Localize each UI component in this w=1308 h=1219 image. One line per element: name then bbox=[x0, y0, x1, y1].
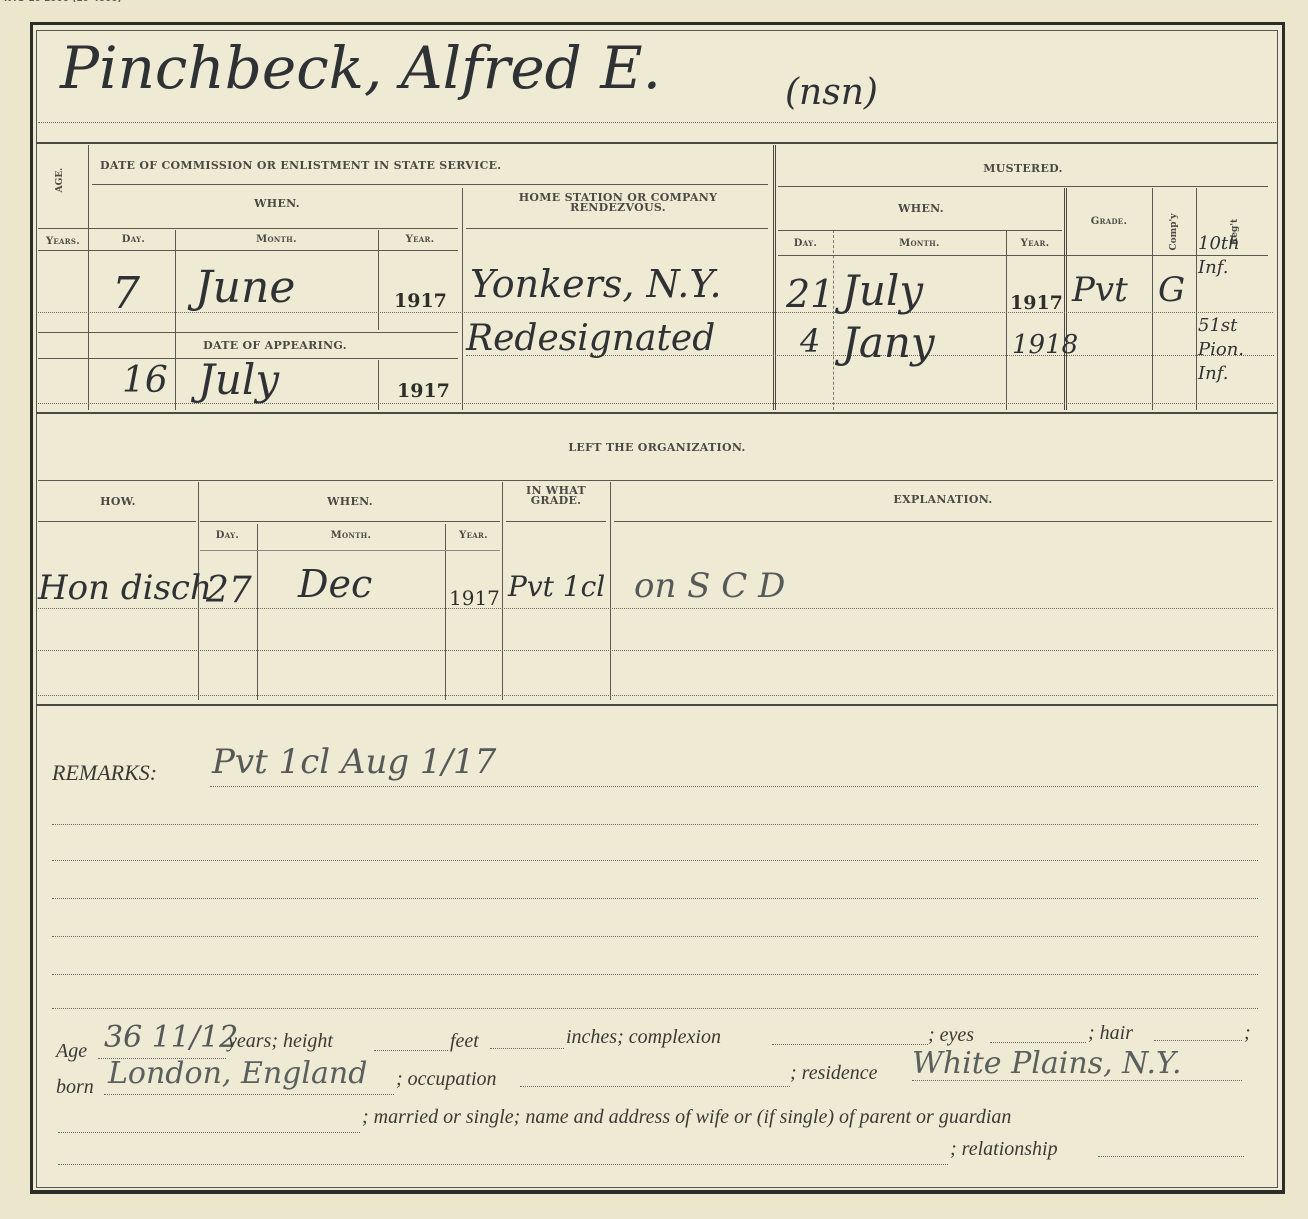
divider bbox=[92, 184, 768, 185]
divider bbox=[88, 145, 89, 410]
enlistment-day-label: Day. bbox=[92, 234, 175, 245]
divider bbox=[36, 704, 1278, 706]
divider bbox=[38, 695, 1273, 696]
appearing-year: 1917 bbox=[397, 380, 450, 402]
left-year: 1917 bbox=[449, 586, 500, 610]
company-label: Comp'y bbox=[1169, 202, 1179, 262]
left-day: 27 bbox=[206, 570, 252, 611]
divider bbox=[502, 482, 503, 700]
divider bbox=[378, 230, 379, 330]
left-year-label: Year. bbox=[445, 530, 502, 541]
field-line bbox=[104, 1094, 394, 1095]
left-month: Dec bbox=[298, 562, 372, 606]
muster-regiment-1: 10th Inf. bbox=[1198, 232, 1268, 280]
enlistment-day: 7 bbox=[112, 268, 140, 319]
eyes-line bbox=[990, 1042, 1086, 1043]
remarks-line bbox=[52, 974, 1258, 975]
eyes-label: ; eyes bbox=[928, 1024, 974, 1047]
age-label: AGE. bbox=[55, 160, 65, 200]
height-line bbox=[374, 1050, 448, 1051]
relationship-line bbox=[1098, 1156, 1244, 1157]
enlistment-month: June bbox=[195, 262, 295, 313]
divider bbox=[614, 521, 1272, 522]
divider bbox=[38, 250, 458, 251]
semicolon: ; bbox=[1244, 1022, 1251, 1045]
divider bbox=[1196, 188, 1197, 410]
left-when-label: WHEN. bbox=[198, 495, 502, 508]
home-station-label: HOME STATION OR COMPANY RENDEZVOUS. bbox=[488, 193, 748, 213]
complexion-line bbox=[772, 1044, 928, 1045]
home-station-line1: Yonkers, N.Y. bbox=[470, 262, 722, 306]
remarks-line bbox=[52, 1008, 1258, 1009]
muster-regiment-2: 51st Pion. Inf. bbox=[1198, 314, 1268, 386]
divider bbox=[200, 521, 500, 522]
age-value: 36 11/12 bbox=[104, 1020, 238, 1055]
enlistment-title: DATE OF COMMISSION OR ENLISTMENT IN STAT… bbox=[100, 159, 501, 172]
remarks-line bbox=[52, 898, 1258, 899]
occupation-label: ; occupation bbox=[396, 1068, 497, 1091]
hair-line bbox=[1154, 1040, 1242, 1041]
divider bbox=[38, 332, 458, 333]
divider bbox=[462, 188, 463, 410]
divider bbox=[506, 521, 606, 522]
muster-company-1: G bbox=[1158, 270, 1185, 310]
inches-complexion-label: inches; complexion bbox=[566, 1026, 721, 1049]
appearing-label: DATE OF APPEARING. bbox=[90, 339, 460, 352]
remarks-value: Pvt 1cl Aug 1/17 bbox=[212, 742, 496, 782]
residence-label: ; residence bbox=[790, 1062, 878, 1085]
left-org-title: LEFT THE ORGANIZATION. bbox=[36, 441, 1278, 454]
years-height-label: years; height bbox=[228, 1030, 333, 1053]
in-what-grade-label: IN WHAT GRADE. bbox=[502, 486, 610, 506]
form-code: NYS-10 1000 (10-4000) bbox=[4, 0, 122, 4]
divider bbox=[36, 142, 1278, 144]
enlistment-month-label: Month. bbox=[175, 234, 378, 245]
name-value: Pinchbeck, Alfred E. bbox=[60, 34, 661, 102]
remarks-line bbox=[52, 860, 1258, 861]
muster-day-2: 4 bbox=[800, 322, 820, 360]
muster-grade-1: Pvt bbox=[1072, 270, 1128, 310]
mustered-month-label: Month. bbox=[833, 238, 1006, 249]
divider bbox=[778, 255, 1268, 256]
muster-month-2: Jany bbox=[842, 318, 935, 367]
remarks-line bbox=[52, 824, 1258, 825]
feet-label: feet bbox=[450, 1030, 479, 1053]
left-how: Hon disch bbox=[38, 568, 212, 608]
divider bbox=[778, 186, 1268, 187]
appearing-day: 16 bbox=[122, 360, 168, 401]
left-day-label: Day. bbox=[198, 530, 257, 541]
field-line bbox=[912, 1080, 1242, 1081]
divider bbox=[833, 230, 834, 410]
field-line bbox=[58, 1132, 360, 1133]
residence-value: White Plains, N.Y. bbox=[912, 1046, 1182, 1081]
left-grade: Pvt 1cl bbox=[508, 570, 605, 603]
divider bbox=[38, 521, 196, 522]
remarks-line bbox=[52, 936, 1258, 937]
divider bbox=[38, 480, 1273, 481]
enlistment-year: 1917 bbox=[394, 290, 447, 312]
explanation-label: EXPLANATION. bbox=[614, 493, 1272, 506]
divider bbox=[36, 412, 1278, 414]
left-explanation: on S C D bbox=[634, 566, 785, 606]
divider bbox=[175, 230, 176, 410]
name-note: (nsn) bbox=[785, 72, 878, 113]
married-guardian-label: ; married or single; name and address of… bbox=[362, 1106, 1011, 1129]
hair-label: ; hair bbox=[1088, 1022, 1133, 1045]
age-label: Age bbox=[56, 1040, 87, 1063]
divider bbox=[1152, 188, 1153, 410]
divider bbox=[778, 230, 1062, 231]
inches-line bbox=[490, 1048, 564, 1049]
home-station-line2: Redesignated bbox=[466, 318, 715, 359]
grade-label: Grade. bbox=[1066, 216, 1152, 227]
muster-year-1: 1917 bbox=[1010, 292, 1063, 314]
remarks-line bbox=[210, 786, 1258, 787]
appearing-month: July bbox=[198, 355, 279, 404]
divider bbox=[773, 145, 776, 410]
muster-year-2: 1918 bbox=[1012, 330, 1078, 360]
enlistment-year-label: Year. bbox=[378, 234, 462, 245]
born-value: London, England bbox=[108, 1056, 367, 1091]
divider bbox=[38, 650, 1273, 651]
occupation-line bbox=[520, 1086, 790, 1087]
left-month-label: Month. bbox=[257, 530, 445, 541]
divider bbox=[200, 550, 500, 551]
remarks-label: REMARKS: bbox=[52, 760, 157, 786]
muster-day-1: 21 bbox=[786, 272, 834, 316]
mustered-day-label: Day. bbox=[778, 238, 833, 249]
mustered-year-label: Year. bbox=[1006, 238, 1064, 249]
relationship-label: ; relationship bbox=[950, 1138, 1058, 1161]
divider bbox=[610, 482, 611, 700]
enlistment-when-label: WHEN. bbox=[92, 197, 462, 210]
years-label: Years. bbox=[38, 236, 88, 247]
divider bbox=[38, 228, 458, 229]
mustered-title: MUSTERED. bbox=[778, 162, 1268, 175]
muster-month-1: July bbox=[842, 266, 923, 315]
divider bbox=[466, 228, 768, 229]
born-label: born bbox=[56, 1076, 94, 1099]
field-line bbox=[58, 1164, 948, 1165]
mustered-when-label: WHEN. bbox=[778, 202, 1064, 215]
divider bbox=[1006, 230, 1007, 410]
how-label: HOW. bbox=[38, 495, 198, 508]
name-line bbox=[38, 122, 1276, 123]
